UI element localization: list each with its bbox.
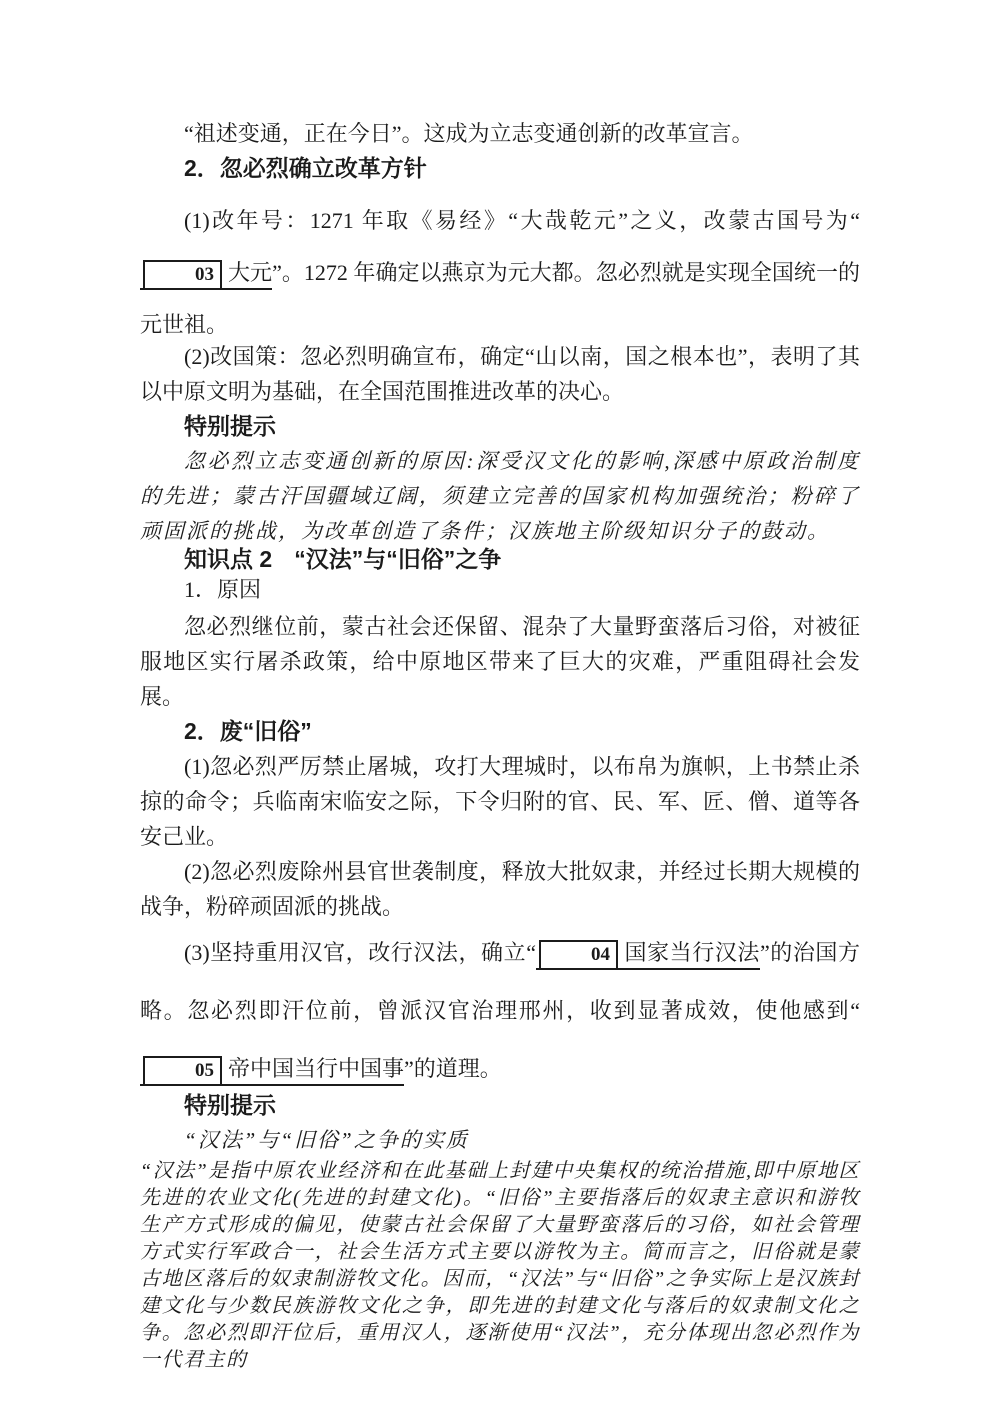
heading-reform-policy: 2．忽必烈确立改革方针	[140, 151, 860, 186]
paragraph-han-law: (3)坚持重用汉官，改行汉法，确立“04国家当行汉法”的治国方略。忽必烈即汗位前…	[140, 924, 860, 1098]
heading-abolish-old-customs: 2．废“旧俗”	[140, 714, 860, 749]
answer-text-04: 国家当行汉法	[624, 940, 760, 965]
answer-box-04: 04	[539, 940, 618, 970]
era-name-text-before: (1)改年号：1271 年取《易经》“大哉乾元”之义，改蒙古国号为“	[184, 208, 860, 233]
han-law-text-before: (3)坚持重用汉官，改行汉法，确立“	[184, 940, 536, 965]
paragraph-change-state-policy: (2)改国策：忽必烈明确宣布，确定“山以南，国之根本也”，表明了其以中原文明为基…	[140, 339, 860, 409]
paragraph-reason-number: 1．原因	[140, 572, 860, 607]
knowledge-point-label: 知识点 2	[184, 546, 272, 572]
answer-group-05: 05帝中国当行中国事	[140, 1056, 404, 1086]
paragraph-abolish-2: (2)忽必烈废除州县官世袭制度，释放大批奴隶，并经过长期大规模的战争，粉碎顽固派…	[140, 854, 860, 924]
answer-box-03: 03	[143, 260, 222, 290]
answer-box-05: 05	[143, 1056, 222, 1086]
knowledge-point-title: “汉法”与“旧俗”之争	[294, 546, 501, 572]
answer-group-04: 04国家当行汉法	[536, 940, 760, 970]
paragraph-reason-body: 忽必烈继位前，蒙古社会还保留、混杂了大量野蛮落后习俗，对被征服地区实行屠杀政策，…	[140, 609, 860, 714]
paragraph-change-era-name: (1)改年号：1271 年取《易经》“大哉乾元”之义，改蒙古国号为“03大元”。…	[140, 195, 860, 351]
paragraph-reform-declaration: “祖述变通，正在今日”。这成为立志变通创新的改革宣言。	[140, 116, 860, 151]
paragraph-tip2-subtitle: “汉法”与“旧俗”之争的实质	[140, 1123, 860, 1158]
paragraph-tip2-body: “汉法”是指中原农业经济和在此基础上封建中央集权的统治措施,即中原地区先进的农业…	[140, 1158, 860, 1374]
heading-special-tip-1: 特别提示	[140, 409, 860, 444]
page-content: “祖述变通，正在今日”。这成为立志变通创新的改革宣言。 2．忽必烈确立改革方针 …	[140, 116, 860, 1374]
answer-text-03: 大元	[228, 260, 272, 285]
paragraph-special-tip-1: 忽必烈立志变通创新的原因:深受汉文化的影响,深感中原政治制度的先进；蒙古汗国疆域…	[140, 444, 860, 549]
answer-group-03: 03大元	[140, 260, 272, 290]
han-law-text-after: ”的道理。	[404, 1056, 502, 1081]
paragraph-abolish-1: (1)忽必烈严厉禁止屠城，攻打大理城时，以布帛为旗帜，上书禁止杀掠的命令；兵临南…	[140, 749, 860, 854]
answer-text-05: 帝中国当行中国事	[228, 1056, 404, 1081]
document-page: “祖述变通，正在今日”。这成为立志变通创新的改革宣言。 2．忽必烈确立改革方针 …	[0, 0, 1000, 1414]
